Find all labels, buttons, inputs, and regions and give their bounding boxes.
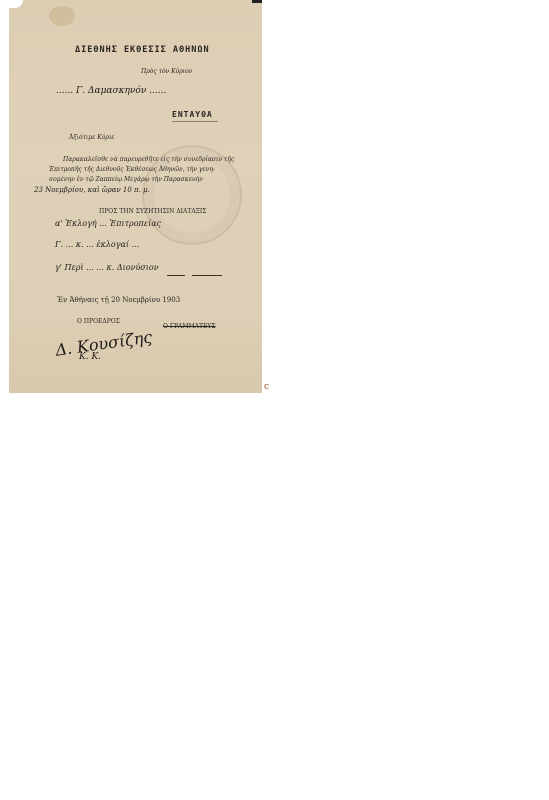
- location-underline: [172, 121, 218, 122]
- body-line-2: Ἐπιτροπῆς τῆς Διεθνοῦς Ἐκθέσεως Ἀθηνῶν, …: [49, 166, 215, 173]
- document-title: ΔΙΕΘΝΗΣ ΕΚΘΕΣΙΣ ΑΘΗΝΩΝ: [75, 45, 210, 55]
- body-line-4: 23 Νοεμβρίου, καὶ ὥραν 10 π. μ.: [34, 186, 150, 194]
- agenda-item-3: γ' Περὶ ... ... κ. Διονύσιον: [55, 263, 159, 272]
- corner-mark: c: [264, 382, 269, 392]
- letter-page: ΔΙΕΘΝΗΣ ΕΚΘΕΣΙΣ ΑΘΗΝΩΝ Πρὸς τὸν Κύριον .…: [9, 0, 262, 393]
- agenda-underline-1: [167, 275, 185, 276]
- agenda-item-1: α' Ἐκλογή ... Ἐπιτροπείας: [55, 219, 161, 228]
- location-label: ΕΝΤΑΥΘΑ: [172, 110, 213, 119]
- signature-subline: Κ. Κ.: [79, 352, 101, 362]
- paper-stain: [49, 6, 75, 26]
- scan-edge-mark: [252, 0, 262, 3]
- dateline: Ἐν Ἀθήναις τῇ 20 Νοεμβρίου 1903: [57, 296, 180, 304]
- salutation: Ἀξιότιμε Κύριε: [69, 134, 115, 141]
- agenda-title: ΠΡΟΣ ΤΗΝ ΣΥΖΗΤΗΣΙΝ ΔΙΑΤΑΞΙΣ: [99, 208, 207, 215]
- agenda-item-2: Γ. ... κ. ... ἐκλογαί ...: [55, 240, 139, 249]
- secretary-label: Ο ΓΡΑΜΜΑΤΕΥΣ: [163, 323, 216, 330]
- to-line: Πρὸς τὸν Κύριον: [141, 68, 192, 75]
- body-line-1: Παρακαλεῖσθε νὰ παρευρεθῆτε εἰς τὴν συνε…: [63, 156, 234, 163]
- agenda-underline-2: [192, 275, 222, 276]
- president-label: Ο ΠΡΟΕΔΡΟΣ: [77, 318, 120, 325]
- body-line-3: σομένην ἐν τῷ Ζαππείῳ Μεγάρῳ τὴν Παρασκε…: [49, 176, 203, 183]
- torn-corner: [9, 0, 23, 8]
- recipient-name: ...... Γ. Δαμασκηνόν ......: [56, 86, 166, 96]
- president-signature: Δ. Κουσίζης: [54, 327, 153, 359]
